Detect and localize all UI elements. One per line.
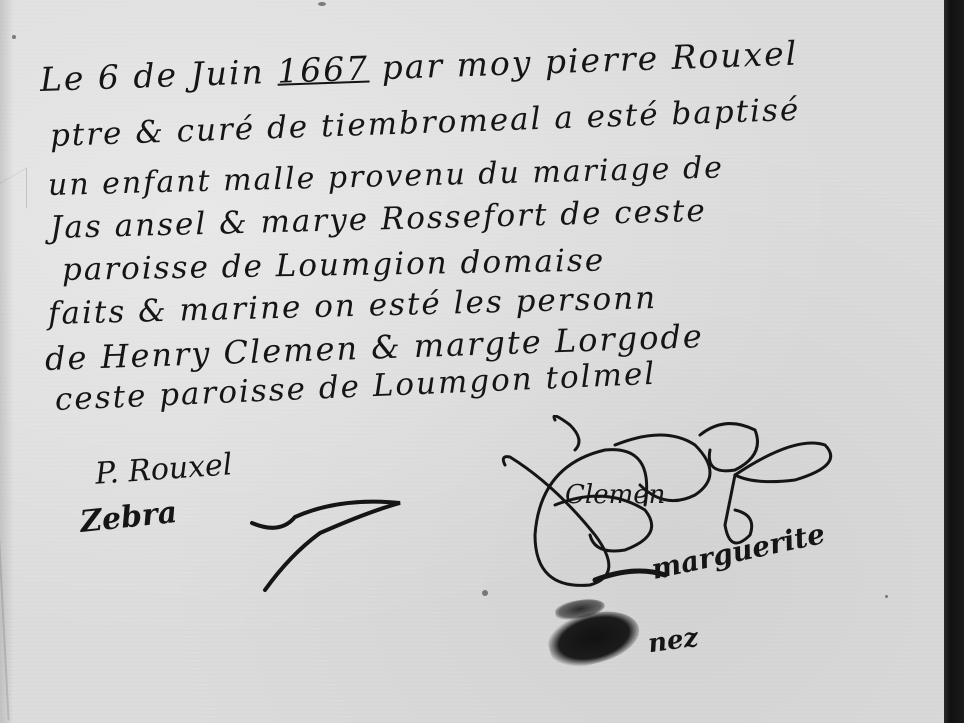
entry-line-2: ptre & curé de tiembromeal a esté baptis… bbox=[49, 92, 800, 154]
entry-line-1-pre: Le 6 de Juin bbox=[39, 52, 278, 99]
baptism-entry: Le 6 de Juin 1667 par moy pierre Rouxel … bbox=[0, 0, 944, 723]
godfather-name: Clemen bbox=[565, 480, 665, 510]
pen-stroke-flourish bbox=[250, 495, 420, 595]
entry-line-1-post: par moy pierre Rouxel bbox=[368, 34, 798, 88]
paper-speck bbox=[482, 590, 488, 596]
paper-speck bbox=[318, 2, 326, 6]
entry-line-4: Jas ansel & marye Rossefort de ceste bbox=[50, 193, 708, 246]
paper-speck bbox=[12, 35, 16, 39]
register-page: Le 6 de Juin 1667 par moy pierre Rouxel … bbox=[0, 0, 964, 723]
paper-speck bbox=[885, 595, 888, 598]
entry-line-5: paroisse de Loumgion domaise bbox=[62, 243, 606, 288]
entry-year: 1667 bbox=[277, 49, 370, 91]
binding-edge bbox=[944, 0, 964, 723]
entry-line-1: Le 6 de Juin 1667 par moy pierre Rouxel bbox=[39, 34, 799, 99]
